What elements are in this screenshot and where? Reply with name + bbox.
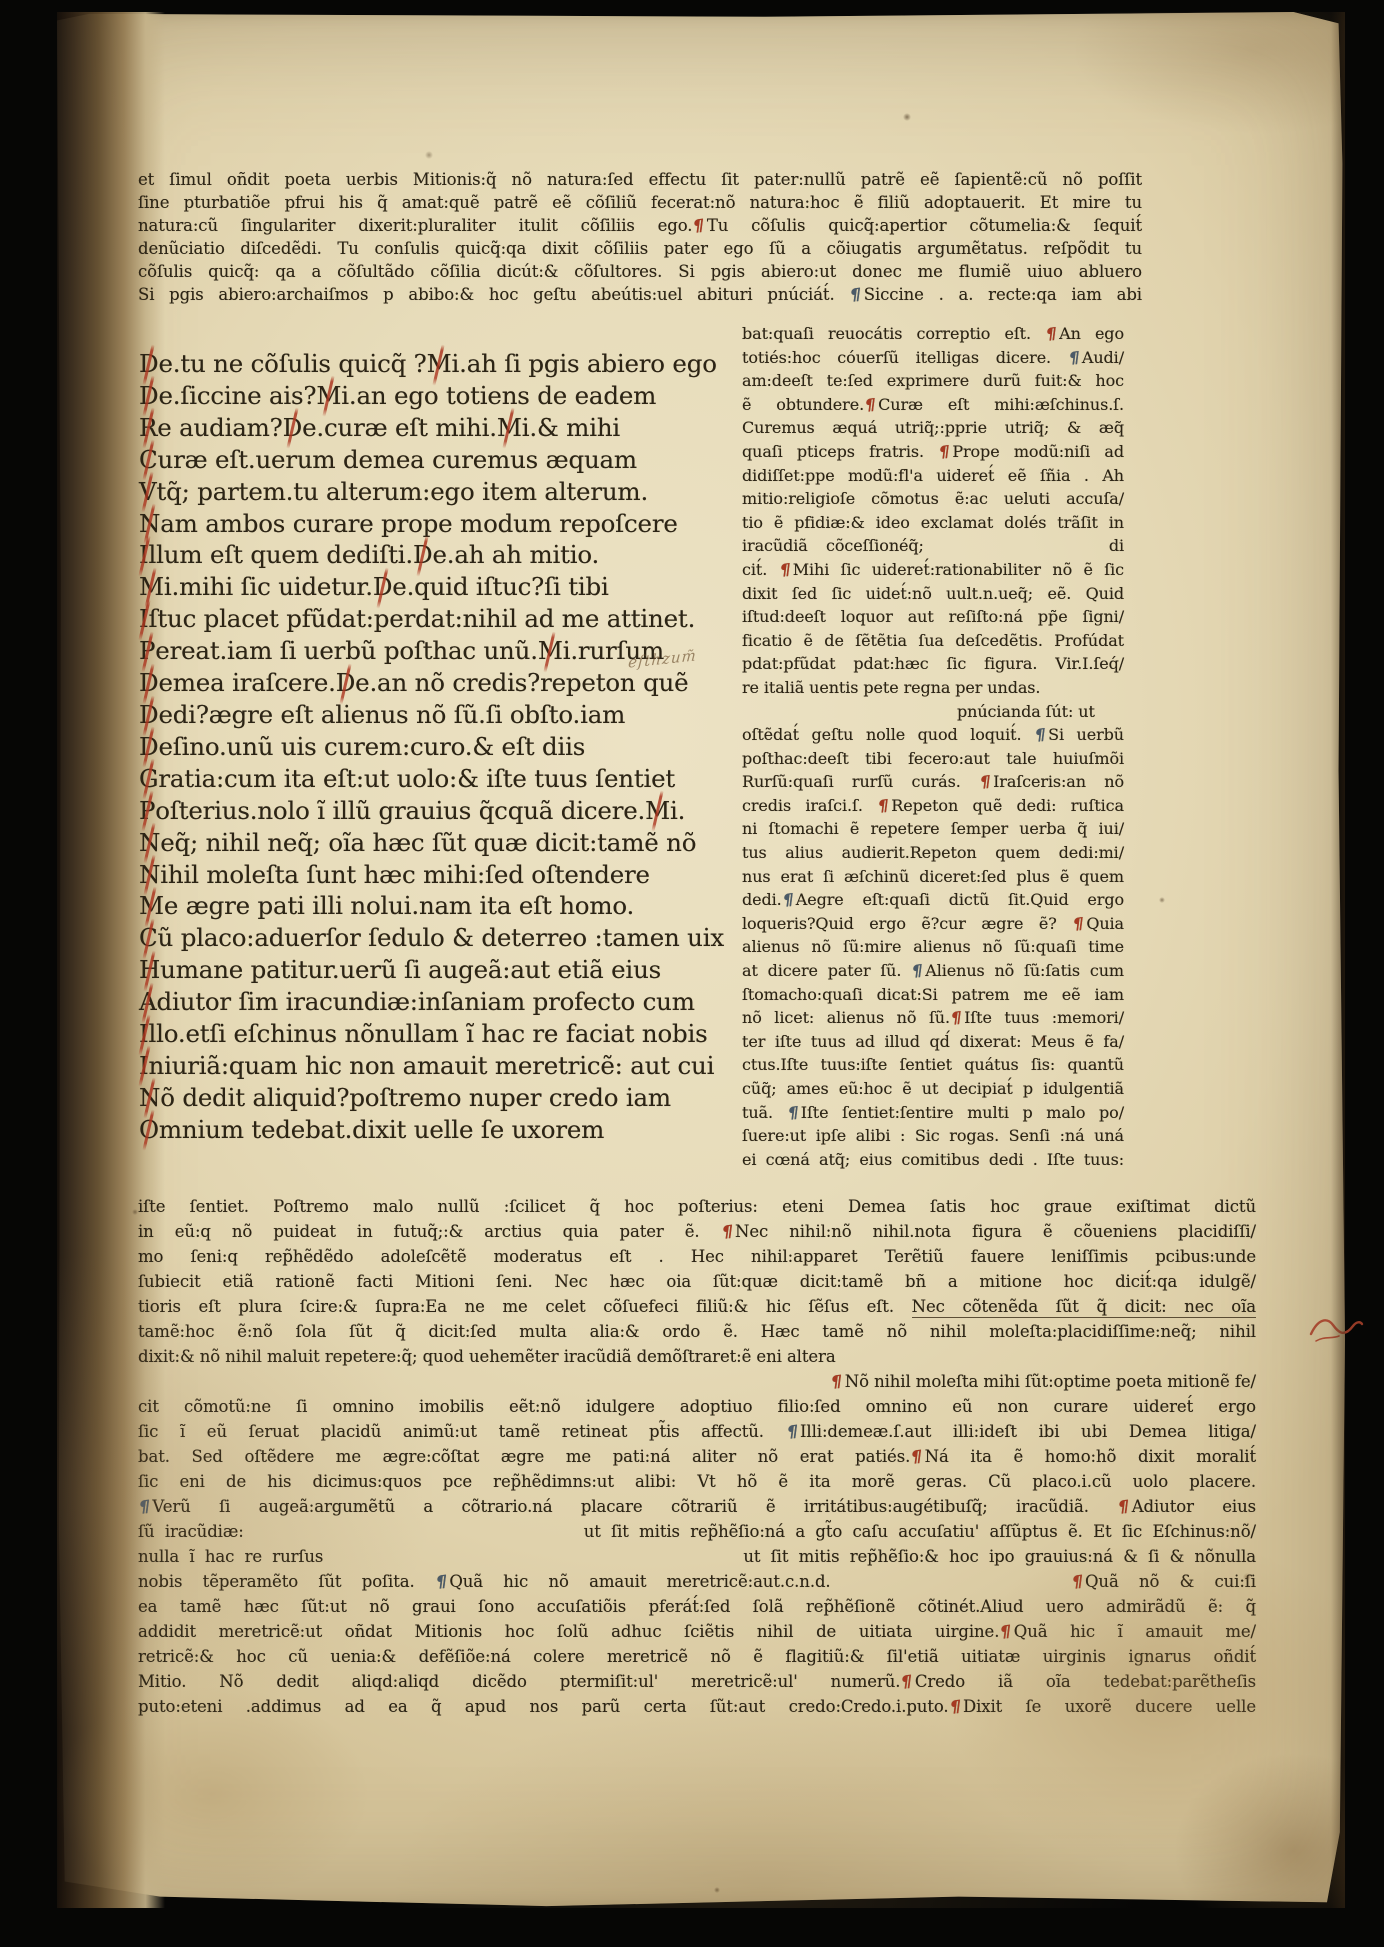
text-line: mo ſeni:q rep̃hẽdẽdo adoleſcẽtẽ moderatu… [138, 1244, 1256, 1269]
text-line: ctus.Iſte tuus:iſte ſentiet quátus ſis: … [742, 1053, 1124, 1077]
text-line: ei cœná atq̃; eius comitibus dedi . Iſte… [742, 1148, 1124, 1172]
text-line: Demea iraſcere.De.an nõ credis?repeton q… [139, 667, 759, 699]
text-line: nõ licet: alienus nõ ſũ.¶Iſte tuus :memo… [742, 1006, 1124, 1030]
text-line: addidit meretricẽ:ut oñdat Mitionis hoc … [138, 1619, 1256, 1644]
text-line: didiſſet:ppe modũ:fl'a uideret́ eẽ ſñia … [742, 464, 1124, 488]
text-line: ſine pturbatiõe pfrui his q̃ amat:quẽ pa… [138, 191, 1142, 214]
scanned-book-page: et ſimul oñdit poeta uerbis Mitionis:q̃ … [0, 0, 1384, 1947]
text-line: mitio:religioſe cõmotus ẽ:ac ueluti accu… [742, 487, 1124, 511]
play-text-column: De.tu ne cõſulis quicq̃ ?Mi.ah ſi pgis a… [139, 348, 759, 1146]
text-line: ¶Nõ nihil moleſta mihi ſũt:optime poeta … [138, 1369, 1256, 1394]
text-line: tamẽ:hoc ẽ:nõ ſola ſũt q̃ dicit:ſed mult… [138, 1319, 1256, 1344]
text-line: dixit:& nõ nihil maluit repetere:q̃; quo… [138, 1344, 1256, 1369]
text-line: re italiã uentis pete regna per undas. [742, 676, 1124, 700]
text-line: tio ẽ pfidiæ:& ideo exclamat dolés trãſi… [742, 511, 1124, 535]
text-line: nus erat ſi æſchinũ diceret:ſed plus ẽ q… [742, 865, 1124, 889]
text-line: nulla ĩ hac re rurſusut ſit mitis rep̃hẽ… [138, 1544, 1256, 1569]
text-line: nobis tẽperamẽto ſũt poſita. ¶Quã hic nõ… [138, 1569, 1256, 1594]
text-line: ni ſtomachi ẽ repetere ſemper uerba q̃ i… [742, 817, 1124, 841]
text-line: De.tu ne cõſulis quicq̃ ?Mi.ah ſi pgis a… [139, 348, 759, 380]
text-line: ſic eni de his dicimus:quos pce rep̃hẽdi… [138, 1469, 1256, 1494]
text-line: in eũ:q nõ puideat in futuq̃;:& arctius … [138, 1219, 1256, 1244]
text-line: Curæ eſt.uerum demea curemus æquam [139, 444, 759, 476]
text-line: bat:quaſi reuocátis correptio eſt. ¶An e… [742, 322, 1124, 346]
text-line: pnúcianda ſút: ut [742, 700, 1124, 724]
text-line: ter iſte tuus ad illud qd́ dixerat: Meus… [742, 1030, 1124, 1054]
text-line: iſte ſentiet. Poſtremo malo nullũ :ſcili… [138, 1194, 1256, 1219]
text-line: Deſino.unũ uis curem:curo.& eſt diis [139, 731, 759, 763]
text-line: alienus nõ ſũ:mire alienus nõ ſũ:quaſi t… [742, 935, 1124, 959]
text-line: dixit ſed ſic uidet́:nõ uult.n.ueq̃; eẽ.… [742, 582, 1124, 606]
text-line: Rurſũ:quaſi rurſũ curás. ¶Iraſceris:an n… [742, 770, 1124, 794]
bottom-commentary-block: iſte ſentiet. Poſtremo malo nullũ :ſcili… [138, 1194, 1256, 1719]
text-line: loqueris?Quid ergo ẽ?cur ægre ẽ? ¶Quia [742, 912, 1124, 936]
text-line: Mitio. Nõ dedit aliqd:aliqd dicẽdo pterm… [138, 1669, 1256, 1694]
text-line: Si pgis abiero:archaiſmos p abibo:& hoc … [138, 283, 1142, 306]
text-line: Illum eſt quem dediſti.De.ah ah mitio. [139, 539, 759, 571]
text-line: poſthac:deeſt tibi fecero:aut tale huiuſ… [742, 747, 1124, 771]
text-line: Iniuriã:quam hic non amauit meretricẽ: a… [139, 1050, 759, 1082]
gloss-column: bat:quaſi reuocátis correptio eſt. ¶An e… [742, 322, 1124, 1171]
text-line: pdat:pfũdat pdat:hæc ſic figura. Vir.I.ſ… [742, 652, 1124, 676]
text-line: iracũdiã cõceſſionéq̃;di [742, 534, 1124, 558]
text-line: cõſulis quicq̃: qa a cõſultãdo cõſilia d… [138, 260, 1142, 283]
text-line: tus alius audierit.Repeton quem dedi:mi/ [742, 841, 1124, 865]
top-commentary-block: et ſimul oñdit poeta uerbis Mitionis:q̃ … [138, 168, 1142, 306]
text-line: Nam ambos curare prope modum repoſcere [139, 508, 759, 540]
text-line: Gratia:cum ita eſt:ut uolo:& iſte tuus ſ… [139, 763, 759, 795]
text-line: ẽ obtundere.¶Curæ eſt mihi:æſchinus.ſ. [742, 393, 1124, 417]
text-line: Mi.mihi ſic uidetur.De.quid iſtuc?ſi tib… [139, 571, 759, 603]
text-line: tioris eſt plura ſcire:& ſupra:Ea ne me … [138, 1294, 1256, 1319]
text-line: tuã. ¶Iſte ſentiet:ſentire multi p malo … [742, 1101, 1124, 1125]
text-line: ſubiecit etiã rationẽ facti Mitioni ſeni… [138, 1269, 1256, 1294]
text-line: dedi.¶Aegre eſt:quaſi dictũ ſit.Quid erg… [742, 888, 1124, 912]
text-line: totiés:hoc cóuerſũ itelligas dicere. ¶Au… [742, 346, 1124, 370]
text-line: natura:cũ ſingulariter dixerit:pluralite… [138, 214, 1142, 237]
text-line: oſtẽdat́ geſtu nolle quod loquit́. ¶Si u… [742, 723, 1124, 747]
text-line: credis iraſci.ſ. ¶Repeton quẽ dedi: ruſt… [742, 794, 1124, 818]
text-line: denũciatio diſcedẽdi. Tu conſulis quicq̃… [138, 237, 1142, 260]
text-line: De.ſiccine ais?Mi.an ego totiens de eade… [139, 380, 759, 412]
text-line: Vtq̃; partem.tu alterum:ego item alterum… [139, 476, 759, 508]
text-line: Nihil moleſta ſunt hæc mihi:ſed oſtender… [139, 859, 759, 891]
text-line: Re audiam?De.curæ eſt mihi.Mi.& mihi [139, 412, 759, 444]
text-line: ficatio ẽ de ſẽtẽtia ſua deſcedẽtis. Pro… [742, 629, 1124, 653]
text-line: at dicere pater ſũ. ¶Alienus nõ ſũ:ſatis… [742, 959, 1124, 983]
text-line: Poſterius.nolo ĩ illũ grauius q̃cquã dic… [139, 795, 759, 827]
text-line: quaſi pticeps fratris. ¶Prope modũ:niſi … [742, 440, 1124, 464]
text-line: Me ægre pati illi nolui.nam ita eſt homo… [139, 890, 759, 922]
page-edge-shadow [1331, 12, 1345, 1908]
text-line: ſtomacho:quaſi dicat:Si patrem me eẽ iam [742, 983, 1124, 1007]
text-line: Adiutor ſim iracundiæ:inſaniam profecto … [139, 986, 759, 1018]
text-line: et ſimul oñdit poeta uerbis Mitionis:q̃ … [138, 168, 1142, 191]
text-line: Nõ dedit aliquid?poſtremo nuper credo ia… [139, 1082, 759, 1114]
text-line: cit cõmotũ:ne ſi omnino imobilis eẽt:nõ … [138, 1394, 1256, 1419]
text-line: ſuere:ut ipſe alibi : Sic rogas. Senſi :… [742, 1124, 1124, 1148]
text-line: iſtud:deeſt loquor aut reſiſto:ná pp̃e ſ… [742, 605, 1124, 629]
text-line: Humane patitur.uerũ ſi augeã:aut etiã ei… [139, 954, 759, 986]
text-line: ¶Verũ ſi augeã:argumẽtũ a cõtrario.ná pl… [138, 1494, 1256, 1519]
text-line: Curemus æquá utriq̃;:pprie utriq̃; & æq̃ [742, 416, 1124, 440]
text-line: ſũ iracũdiæ:ut ſit mitis rep̃hẽſio:ná a … [138, 1519, 1256, 1544]
text-line: bat. Sed oſtẽdere me ægre:cõſtat ægre me… [138, 1444, 1256, 1469]
text-line: ea tamẽ hæc ſũt:ut nõ graui ſono accuſat… [138, 1594, 1256, 1619]
text-line: cit́. ¶Mihi ſic uideret́:rationabiliter … [742, 558, 1124, 582]
text-line: retricẽ:& hoc cũ uenia:& defẽſiõe:ná col… [138, 1644, 1256, 1669]
text-line: ſic ĩ eũ ſeruat placidũ animũ:ut tamẽ re… [138, 1419, 1256, 1444]
text-line: am:deeſt te:ſed exprimere durũ fuit:& ho… [742, 369, 1124, 393]
text-line: Cũ placo:aduerſor ſedulo & deterreo :tam… [139, 922, 759, 954]
text-line: cũq̃; ames eũ:hoc ẽ ut decipiat́ p idulg… [742, 1077, 1124, 1101]
text-line: Illo.etſi eſchinus nõnullam ĩ hac re fac… [139, 1018, 759, 1050]
text-line: Neq̃; nihil neq̃; oĩa hæc ſũt quæ dicit:… [139, 827, 759, 859]
text-line: puto:eteni .addimus ad ea q̃ apud nos pa… [138, 1694, 1256, 1719]
text-line: Iſtuc placet pfũdat:perdat:nihil ad me a… [139, 603, 759, 635]
text-line: Omnium tedebat.dixit uelle ſe uxorem [139, 1114, 759, 1146]
text-line: Dedi?ægre eſt alienus nõ ſũ.ſi obſto.iam [139, 699, 759, 731]
